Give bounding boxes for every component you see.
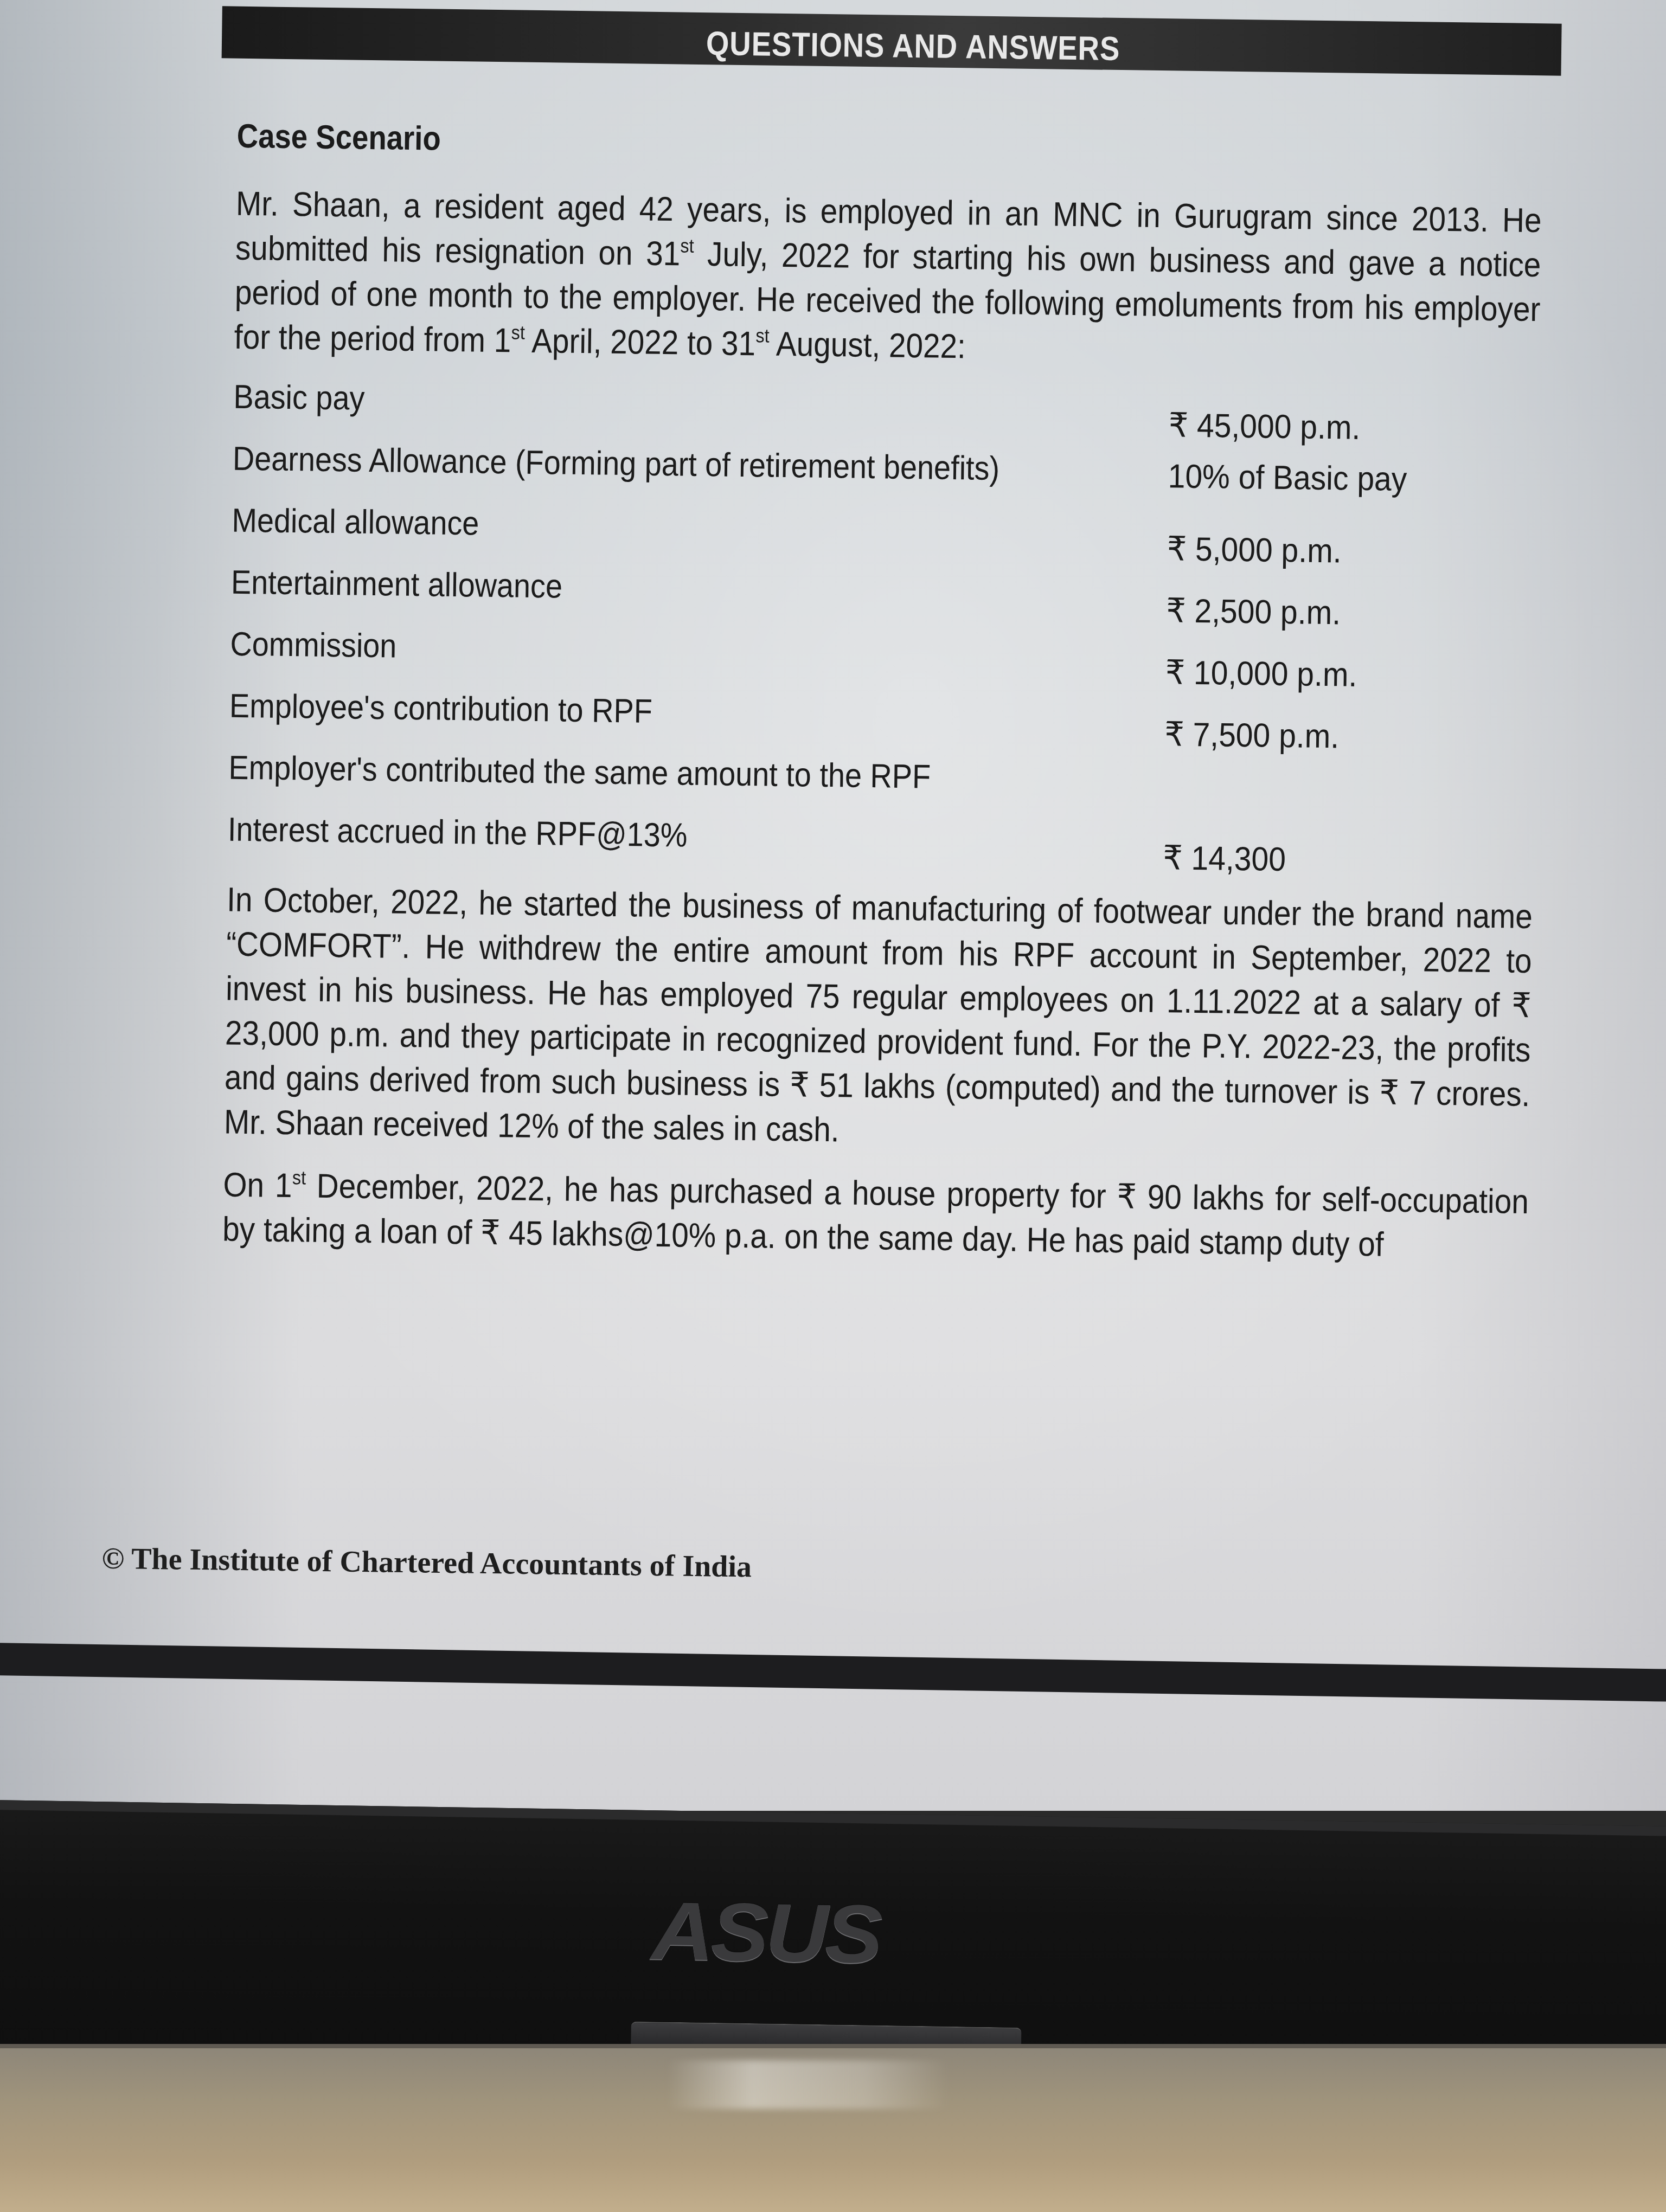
- section-header-title: QUESTIONS AND ANSWERS: [302, 19, 1481, 73]
- house-text-2: December, 2022, he has purchased a house…: [222, 1167, 1529, 1264]
- emolument-label: Employee's contribution to RPF: [229, 687, 653, 731]
- laptop-base: [0, 2044, 1666, 2212]
- emolument-label: Interest accrued in the RPF@13%: [228, 811, 688, 855]
- business-paragraph: In October, 2022, he started the busines…: [223, 878, 1533, 1161]
- emolument-value: ₹ 5,000 p.m.: [1167, 529, 1342, 570]
- emolument-value: ₹ 45,000 p.m.: [1168, 405, 1360, 447]
- house-text-1: On 1: [223, 1166, 292, 1205]
- laptop-bezel: ASUS: [0, 1800, 1666, 2076]
- house-property-paragraph: On 1st December, 2022, he has purchased …: [222, 1163, 1529, 1269]
- intro-text-3: April, 2022 to 31: [524, 322, 755, 363]
- section-header-bar: QUESTIONS AND ANSWERS: [222, 6, 1562, 75]
- document-page: QUESTIONS AND ANSWERS Case Scenario Mr. …: [0, 0, 1666, 1702]
- asus-logo: ASUS: [651, 1883, 880, 1982]
- base-edge: [0, 2044, 1666, 2048]
- intro-text-4: August, 2022:: [769, 325, 966, 366]
- copyright-footer: © The Institute of Chartered Accountants…: [101, 1541, 752, 1585]
- ordinal-suffix: st: [292, 1166, 306, 1188]
- ordinal-suffix: st: [511, 321, 525, 343]
- ordinal-suffix: st: [680, 234, 694, 256]
- ordinal-suffix: st: [755, 324, 770, 346]
- emolument-value: ₹ 10,000 p.m.: [1165, 652, 1357, 695]
- emolument-label: Medical allowance: [232, 501, 479, 543]
- case-scenario-title: Case Scenario: [236, 117, 1387, 171]
- emolument-label: Basic pay: [233, 378, 365, 418]
- emolument-value: 10% of Basic pay: [1168, 457, 1407, 499]
- emolument-label: Entertainment allowance: [231, 563, 563, 606]
- intro-paragraph: Mr. Shaan, a resident aged 42 years, is …: [234, 182, 1542, 376]
- case-scenario: Case Scenario Mr. Shaan, a resident aged…: [222, 117, 1544, 1269]
- base-reflection: [667, 2060, 949, 2109]
- emolument-value: ₹ 7,500 p.m.: [1164, 714, 1340, 756]
- emolument-value: ₹ 14,300: [1163, 838, 1286, 879]
- emoluments-list: Basic pay ₹ 45,000 p.m. Dearness Allowan…: [227, 378, 1541, 889]
- laptop-screen: QUESTIONS AND ANSWERS Case Scenario Mr. …: [0, 0, 1666, 1811]
- emolument-label: Commission: [230, 625, 397, 666]
- emolument-value: ₹ 2,500 p.m.: [1166, 590, 1341, 632]
